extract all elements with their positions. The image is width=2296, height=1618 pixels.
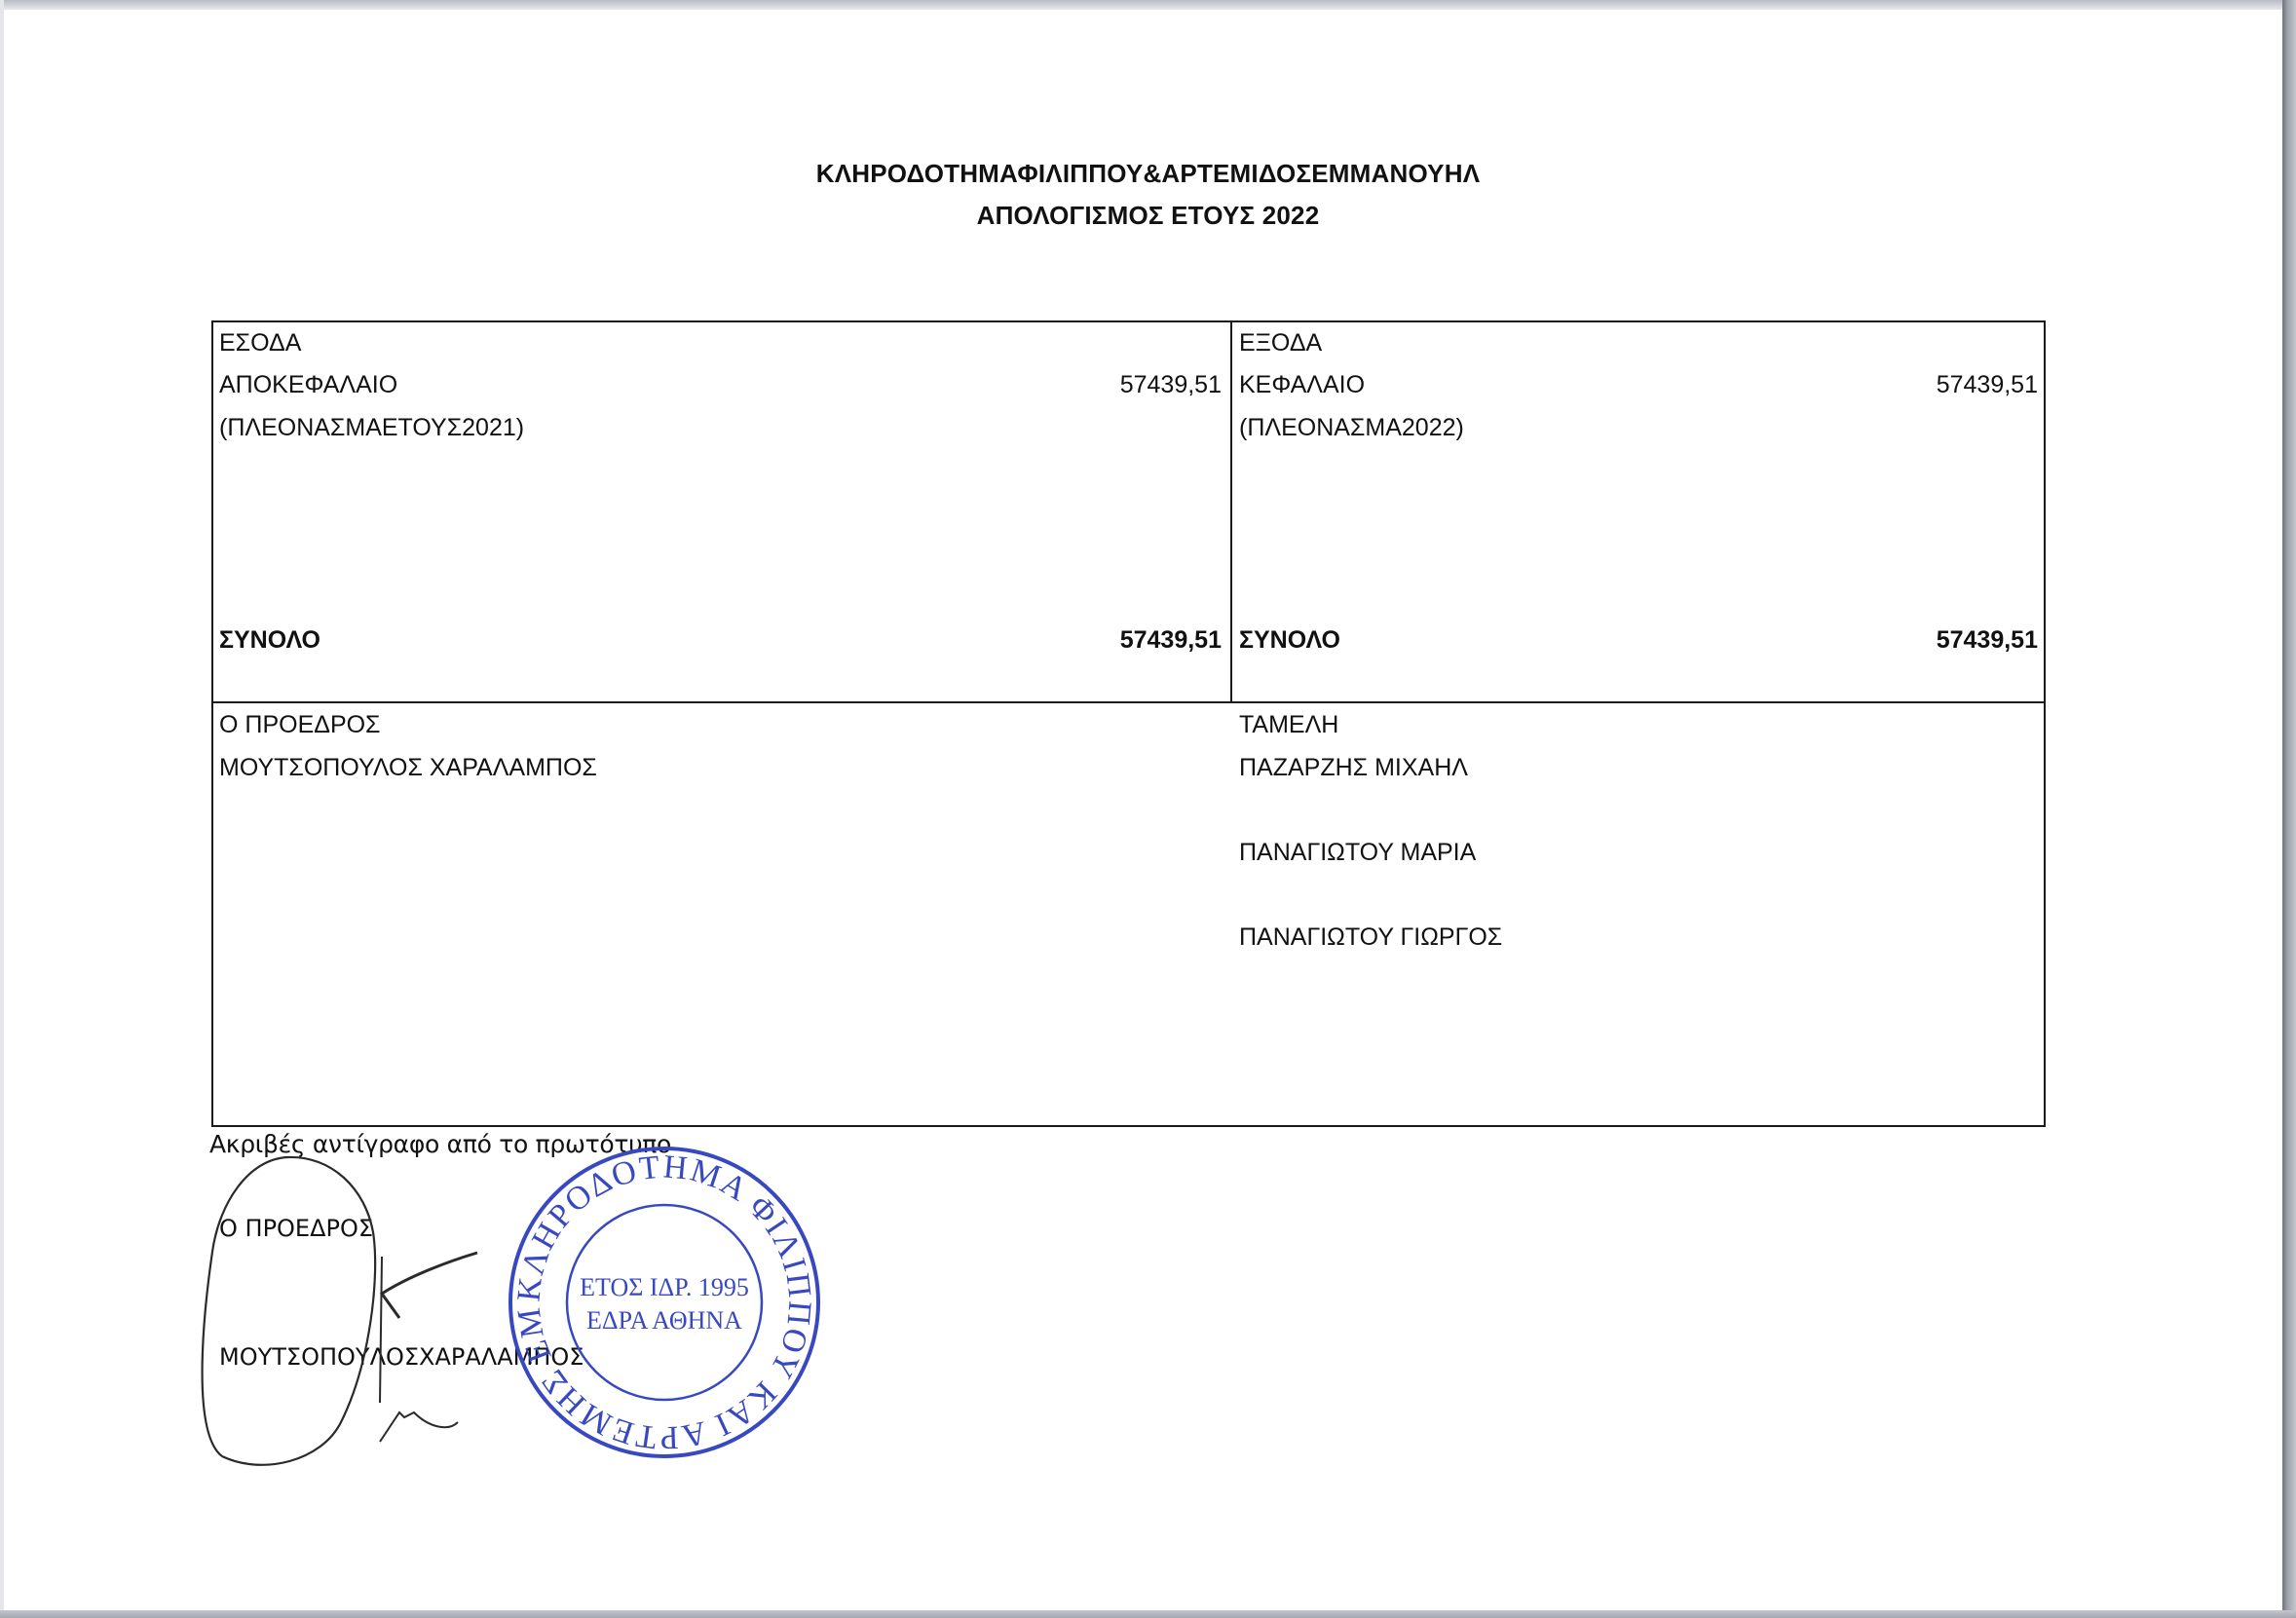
expenses-item-sublabel: (ΠΛΕΟΝΑΣΜΑ2022): [1239, 413, 1464, 442]
stamp-center-line2: ΕΔΡΑ ΑΘΗΝΑ: [586, 1306, 742, 1335]
table-row-divider: [211, 701, 2046, 703]
expenses-total-value: 57439,51: [1831, 625, 2038, 655]
stamp-inner-ring: [567, 1205, 762, 1400]
president-title: Ο ΠΡΟΕΔΡΟΣ: [219, 710, 381, 739]
member-name: ΠΑΝΑΓΙΩΤΟΥ ΜΑΡΙΑ: [1239, 838, 1476, 867]
scan-edge-right: [2282, 0, 2296, 1618]
expenses-item-value: 57439,51: [1831, 370, 2038, 399]
expenses-heading: ΕΞΟΔΑ: [1239, 328, 1322, 357]
scan-edge-bottom: [0, 1610, 2296, 1618]
table-column-divider: [1230, 320, 1232, 702]
president-name: ΜΟΥΤΣΟΠΟΥΛΟΣ ΧΑΡΑΛΑΜΠΟΣ: [219, 753, 597, 782]
income-item-value: 57439,51: [1013, 370, 1222, 399]
organization-stamp: ΚΛΗΡΟΔΟΤΗΜΑ ΦΙΛΙΠΠΟΥ ΚΑΙ ΑΡΤΕΜΗΣ ΕΜΜΑΝΟΥ…: [502, 1140, 828, 1466]
scan-edge-left: [0, 0, 4, 1618]
organization-title: ΚΛΗΡΟΔΟΤΗΜΑΦΙΛΙΠΠΟΥ&ΑΡΤΕΜΙΔΟΣΕΜΜΑΝΟΥΗΛ: [0, 159, 2296, 189]
handwritten-signature: [195, 1140, 507, 1471]
expenses-total-label: ΣΥΝΟΛΟ: [1239, 625, 1340, 655]
report-title: ΑΠΟΛΟΓΙΣΜΟΣ ΕΤΟΥΣ 2022: [0, 201, 2296, 231]
income-item-label: ΑΠΟΚΕΦΑΛΑΙΟ: [219, 370, 397, 399]
income-heading: ΕΣΟΔΑ: [219, 328, 301, 357]
expenses-item-label: ΚΕΦΑΛΑΙΟ: [1239, 370, 1365, 399]
income-total-label: ΣΥΝΟΛΟ: [219, 625, 320, 655]
member-name: ΠΑΖΑΡΖΗΣ ΜΙΧΑΗΛ: [1239, 753, 1468, 782]
members-title: ΤΑΜΕΛΗ: [1239, 710, 1338, 739]
member-name: ΠΑΝΑΓΙΩΤΟΥ ΓΙΩΡΓΟΣ: [1239, 922, 1502, 952]
stamp-center-line1: ΕΤΟΣ ΙΔΡ. 1995: [580, 1273, 749, 1301]
income-item-sublabel: (ΠΛΕΟΝΑΣΜΑΕΤΟΥΣ2021): [219, 413, 524, 442]
scan-edge-top: [0, 0, 2296, 10]
income-total-value: 57439,51: [1013, 625, 1222, 655]
